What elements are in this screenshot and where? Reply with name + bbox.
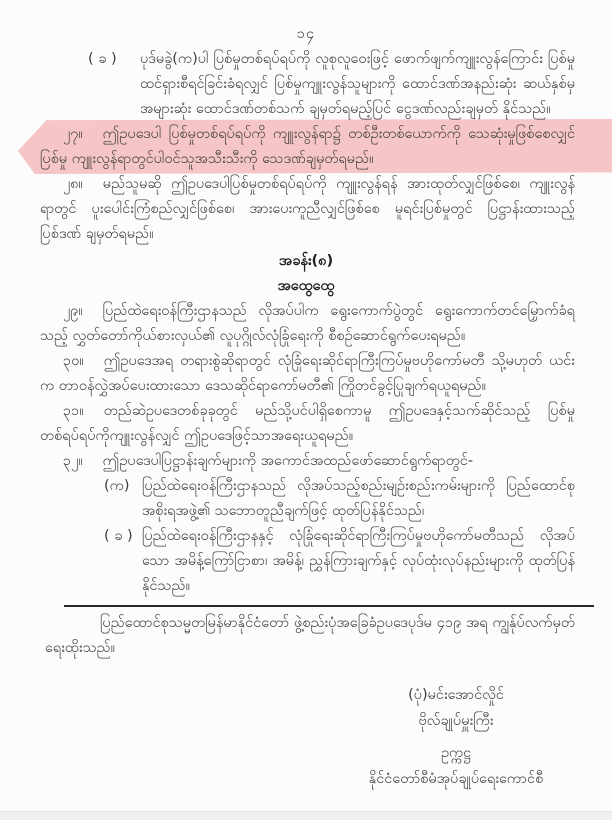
closing-statement: ပြည်ထောင်စုသမ္မတမြန်မာနိုင်ငံတော် ဖွဲ့စည… <box>45 611 575 661</box>
section-32-item-b: ( ခ ) ပြည်ထဲရေးဝန်ကြီးဌာနနှင့် လုံခြုံရေ… <box>104 524 575 599</box>
section-31: ၃၁။တည်ဆဲဥပဒေတစ်ခုခုတွင် မည်သို့ပင်ပါရှိစ… <box>40 399 575 449</box>
signature-rank: ဗိုလ်ချုပ်မှူးကြီး <box>320 708 592 734</box>
section-30: ၃၀။ဤဥပဒေအရ တရားစွဲဆိုရာတွင် လုံခြုံရေးဆိ… <box>40 349 575 399</box>
chapter-subtitle: အထွေထွေ <box>0 274 612 299</box>
section-number: ၂၈။ <box>63 176 83 192</box>
clause-text: ပုဒ်မခွဲ(က)ပါ ပြစ်မှုတစ်ရပ်ရပ်ကို လူစုလူ… <box>140 47 575 122</box>
scan-edge-strip <box>0 811 612 820</box>
signature-position: ဥက္ကဋ္ဌ <box>320 740 592 766</box>
clause-b-penalty: ( ခ ) ပုဒ်မခွဲ(က)ပါ ပြစ်မှုတစ်ရပ်ရပ်ကို … <box>88 47 575 122</box>
sub-item-marker: (က) <box>104 474 142 524</box>
section-32: ၃၂။ဤဥပဒေပါပြဋ္ဌာန်းချက်များကို အကောင်အထည… <box>40 449 575 474</box>
section-text: ဤဥပဒေအရ တရားစွဲဆိုရာတွင် လုံခြုံရေးဆိုင်… <box>40 353 575 394</box>
signature-organization: နိုင်ငံတော်စီမံအုပ်ချုပ်ရေးကောင်စီ <box>320 766 592 792</box>
sub-item-text: ပြည်ထဲရေးဝန်ကြီးဌာနသည် လိုအပ်သည့်စည်းမျဉ… <box>142 474 575 524</box>
chapter-heading: အခန်း(၈) <box>0 249 612 274</box>
section-28: ၂၈။မည်သူမဆို ဤဥပဒေပါပြစ်မှုတစ်ရပ်ရပ်ကို … <box>40 172 575 247</box>
section-text: ပြည်ထဲရေးဝန်ကြီးဌာနသည် လိုအပ်ပါက ရွေးကော… <box>40 303 575 344</box>
section-number: ၃၁။ <box>63 403 84 419</box>
section-text: ဤဥပဒေပါပြဋ္ဌာန်းချက်များကို အကောင်အထည်ဖေ… <box>103 453 473 469</box>
document-page: ၁၄ ( ခ ) ပုဒ်မခွဲ(က)ပါ ပြစ်မှုတစ်ရပ်ရပ်က… <box>0 0 612 820</box>
section-number: ၂၇။ <box>63 126 83 142</box>
sub-item-text: ပြည်ထဲရေးဝန်ကြီးဌာနနှင့် လုံခြုံရေးဆိုင်… <box>142 524 575 599</box>
signature-block: (ပုံ)မင်းအောင်လှိုင် ဗိုလ်ချုပ်မှူးကြီး … <box>320 682 592 792</box>
section-number: ၃၂။ <box>63 453 83 469</box>
section-32-item-a: (က) ပြည်ထဲရေးဝန်ကြီးဌာနသည် လိုအပ်သည့်စည်… <box>104 474 575 524</box>
section-text: မည်သူမဆို ဤဥပဒေပါပြစ်မှုတစ်ရပ်ရပ်ကို ကျူ… <box>40 176 575 242</box>
section-number: ၃၀။ <box>63 353 84 369</box>
section-number: ၂၉။ <box>63 303 83 319</box>
section-29: ၂၉။ပြည်ထဲရေးဝန်ကြီးဌာနသည် လိုအပ်ပါက ရွေး… <box>40 299 575 349</box>
sub-item-marker: ( ခ ) <box>104 524 142 599</box>
section-27: ၂၇။ဤဥပဒေပါ ပြစ်မှုတစ်ရပ်ရပ်ကို ကျူးလွန်ရ… <box>40 122 575 172</box>
signature-divider-line <box>64 605 594 607</box>
clause-marker: ( ခ ) <box>88 47 140 122</box>
page-number: ၁၄ <box>0 22 612 47</box>
section-text: ဤဥပဒေပါ ပြစ်မှုတစ်ရပ်ရပ်ကို ကျူးလွန်ရာ၌ … <box>40 126 575 167</box>
signature-name: (ပုံ)မင်းအောင်လှိုင် <box>320 682 592 708</box>
section-text: တည်ဆဲဥပဒေတစ်ခုခုတွင် မည်သို့ပင်ပါရှိစေကာ… <box>40 403 575 444</box>
